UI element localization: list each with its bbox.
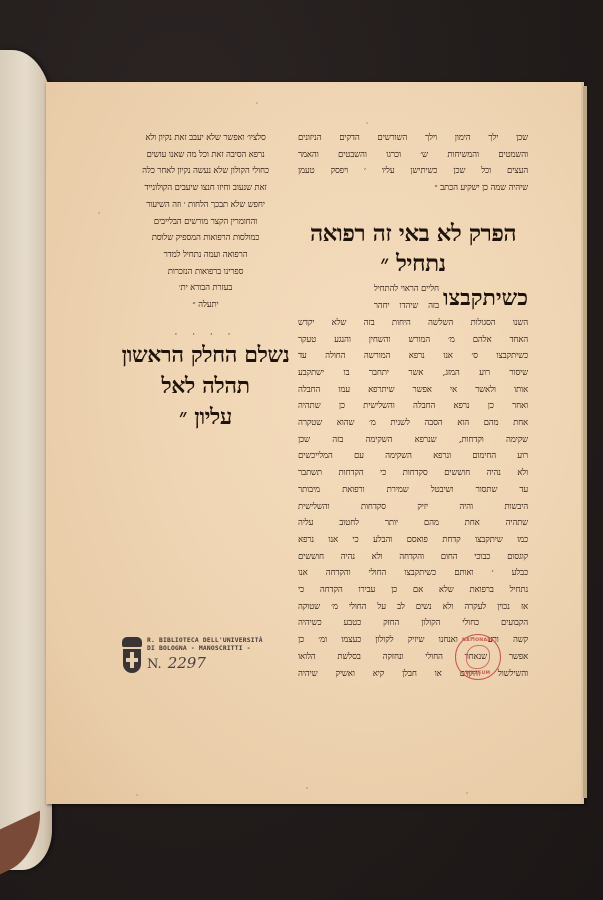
text-line: יחפש שלא תבכך הלחות ׳ וזה השיעור [108, 197, 303, 214]
facing-page-edge [0, 50, 52, 870]
decorative-dots: · · · · [108, 330, 303, 340]
text-line: הרפואה ועמה נתחיל למדר [108, 247, 303, 264]
text-line: כבלע ׳ ואותם כשיתקבצו החולי והקדחה אנו [298, 565, 528, 582]
colophon: · · · · נשלם החלק הראשון תהלה לאל עליון … [108, 330, 303, 433]
shelf-number-label: N. [147, 657, 162, 672]
text-line: והשמטים והמשיחות ש׳ וכרגו והשבטים והאמר [298, 147, 528, 164]
body-text-block: השנו הסגולות השלשה היחות בזה שלא יקדש הא… [298, 315, 528, 682]
text-line: השנו הסגולות השלשה היחות בזה שלא יקדש [298, 315, 528, 332]
text-line: רוע החימום ונרפא השקימה עם המלייכשים [298, 448, 528, 465]
colophon-line: עליון ״ [108, 402, 303, 433]
colophon-line: תהלה לאל [108, 371, 303, 402]
text-line: והחומרין הקצר מורשים הבלייבים [108, 214, 303, 231]
top-text-block: שכן ילך הימון וילך השורשים הדקים הניזוני… [298, 130, 528, 197]
text-line: היבשות והיה יזיק סקדחות והשלישית [298, 499, 528, 516]
chapter-heading: הפרק לא באי זה רפואה [298, 219, 528, 249]
text-line: אותו ולאשר אי אפשר שיתרפא עמו החבלה [298, 382, 528, 399]
foxing-spot [256, 102, 258, 104]
text-line: ולא נהיה חוששים סקדחות כי הקדחות תשתבר [298, 465, 528, 482]
text-line: זאת שנעוב וחיזו חנצו שיעבים הקולונייד [108, 180, 303, 197]
text-line: אז נכוין לעקרה ולא נשים לב על החולי מ׳ ש… [298, 599, 528, 616]
seal-top-text: NATIONALE [456, 638, 500, 643]
text-line: בזה שיהדו יחהר [374, 298, 439, 315]
left-text-column: סלציו׳ ואפשר שלא יעבב זאת נקיון ולא נרפא… [108, 130, 303, 433]
library-stamp: R. BIBLIOTECA DELL'UNIVERSITÀ DI BOLOGNA… [121, 637, 263, 675]
text-line: כחולי הקולון שלא נעשה נקיון לאחר כלה [108, 163, 303, 180]
text-line: סלציו׳ ואפשר שלא יעבב זאת נקיון ולא [108, 130, 303, 147]
foxing-spot [98, 212, 100, 214]
text-line: נתחיל ברפואת שלא אם כן עבירו הקדחה כי [298, 582, 528, 599]
text-line: שקימה וקדחות, שנרפא השקימה בזה שכן [298, 432, 528, 449]
text-line: עד שתסור ושיבטל שמירת ורפואת מיבותר [298, 482, 528, 499]
text-line: הקבועים כחולי הקולון החזק כטבע כשיהיה [298, 615, 528, 632]
text-line: האחד אלהם מ׳ המורש והשחין והנגע טעקר [298, 332, 528, 349]
chapter-heading-line-2: נתחיל ״ [298, 249, 528, 279]
text-line: העצים וכל שכן כשיתישן עליו ׳ ויפסק טעמן [298, 163, 528, 180]
text-line: שיהיה שמה כן ישקיע הכתב ״ [298, 180, 528, 197]
colophon-line: נשלם החלק הראשון [108, 340, 303, 371]
foxing-spot [306, 787, 308, 789]
opening-word-block: כשיתקבצו חליים הראוי להתחיל בזה שיהדו יח… [298, 281, 528, 315]
foxing-spot [366, 122, 368, 124]
text-line: שתהיה אחת מהם יותר לחטוב עליה [298, 515, 528, 532]
manuscript-page: שכן ילך הימון וילך השורשים הדקים הניזוני… [46, 82, 584, 804]
seal-bottom-text: MUSEUM [456, 671, 500, 676]
text-line: ספרינו ברפואות הנזכרות [108, 264, 303, 281]
text-line: ואחר כן נרפא החבלה והשלישית כן שתהיה [298, 398, 528, 415]
text-line: בעזרת הבורא ית׳ [108, 280, 303, 297]
shelf-number-value: 2297 [168, 654, 206, 672]
stamp-line: DI BOLOGNA - MANOSCRITTI - [147, 645, 263, 653]
text-line: חליים הראוי להתחיל [374, 281, 439, 298]
foxing-spot [136, 794, 138, 796]
text-line: שכן ילך הימון וילך השורשים הדקים הניזוני… [298, 130, 528, 147]
shelf-number: N. 2297 [147, 654, 263, 672]
text-line: יתעלה ״ [108, 297, 303, 314]
royal-crest-icon [121, 637, 143, 675]
text-line: שיסור רוע המזג, אשר יתחבר בו ישתקבע [298, 365, 528, 382]
text-line: כמולסות הרפואות המספיק שלוסת [108, 230, 303, 247]
text-line: כמו שיתקבצו קדחת פואסם והבלע כי אנו נרפא [298, 532, 528, 549]
text-line: נרפא הסיבה זאת וכל מה שאנו עושים [108, 147, 303, 164]
text-line: אחת מהם הוא הסבה לשנית מ׳ שהוא שטקרה [298, 415, 528, 432]
text-line: קוגסום כבוכי החום והקדחה ולא נהיה חוששים [298, 549, 528, 566]
seal-monogram-icon [466, 645, 490, 669]
stamp-line: R. BIBLIOTECA DELL'UNIVERSITÀ [147, 637, 263, 645]
foxing-spot [466, 792, 468, 794]
closing-text-block: סלציו׳ ואפשר שלא יעבב זאת נקיון ולא נרפא… [108, 130, 303, 314]
opening-word: כשיתקבצו [443, 281, 528, 315]
right-text-column: שכן ילך הימון וילך השורשים הדקים הניזוני… [298, 130, 528, 682]
red-museum-seal: NATIONALE MUSEUM [455, 634, 501, 680]
text-line: כשיתקבצו ס׳ אנו נרפא המורשה החולה עד [298, 348, 528, 365]
